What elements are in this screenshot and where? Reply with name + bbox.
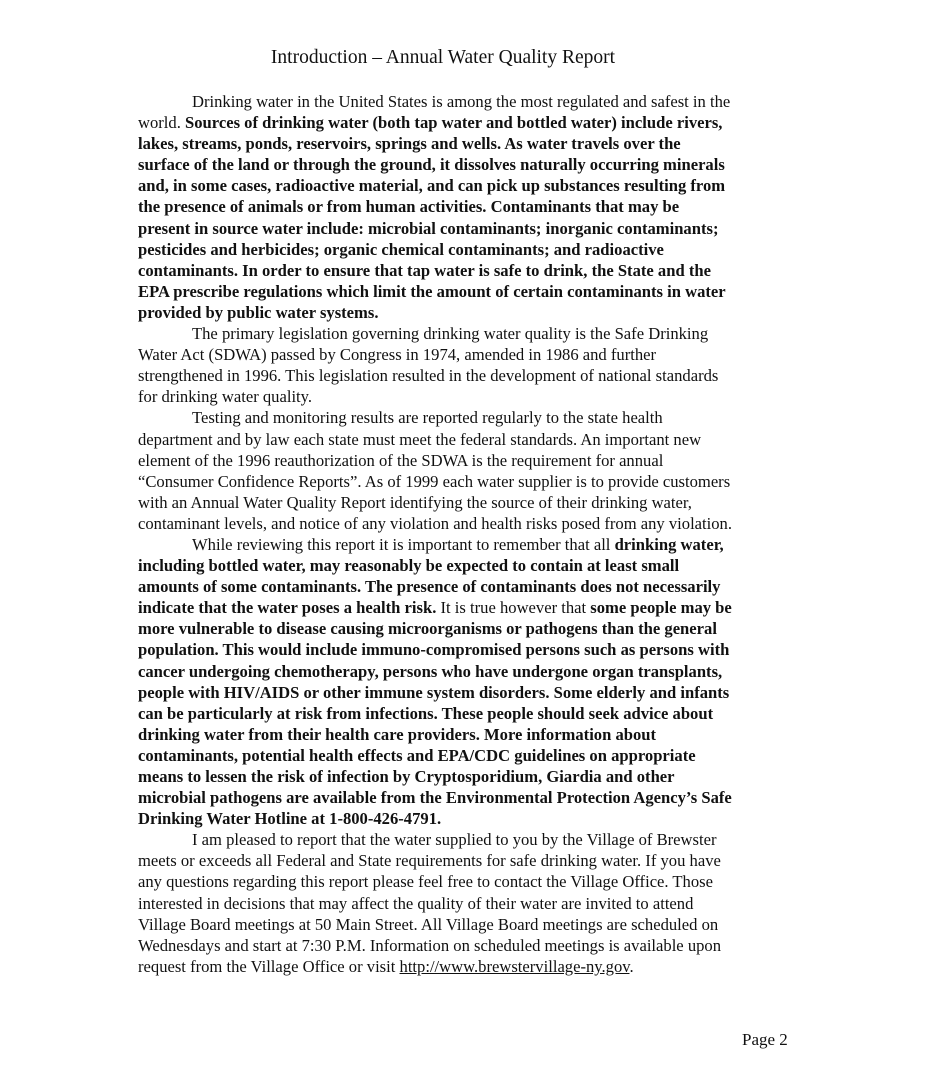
bold-text: EPA prescribe regulations which limit th… bbox=[138, 282, 726, 301]
text-run: strengthened in 1996. This legislation r… bbox=[138, 366, 718, 385]
bold-text: and, in some cases, radioactive material… bbox=[138, 176, 725, 195]
text-line: Wednesdays and start at 7:30 P.M. Inform… bbox=[138, 935, 808, 956]
text-run: While reviewing this report it is import… bbox=[192, 535, 615, 554]
bold-text: cancer undergoing chemotherapy, persons … bbox=[138, 662, 722, 681]
paragraph: While reviewing this report it is import… bbox=[138, 534, 808, 829]
bold-text: contaminants, potential health effects a… bbox=[138, 746, 696, 765]
bold-text: Sources of drinking water (both tap wate… bbox=[185, 113, 722, 132]
text-line: contaminants. In order to ensure that ta… bbox=[138, 260, 808, 281]
text-line: EPA prescribe regulations which limit th… bbox=[138, 281, 808, 302]
text-run: department and by law each state must me… bbox=[138, 430, 701, 449]
text-line: surface of the land or through the groun… bbox=[138, 154, 808, 175]
bold-text: Drinking Water Hotline at 1-800-426-4791… bbox=[138, 809, 441, 828]
text-line: contaminant levels, and notice of any vi… bbox=[138, 513, 808, 534]
bold-text: microbial pathogens are available from t… bbox=[138, 788, 732, 807]
bold-text: people with HIV/AIDS or other immune sys… bbox=[138, 683, 729, 702]
text-line: strengthened in 1996. This legislation r… bbox=[138, 365, 808, 386]
text-line: world. Sources of drinking water (both t… bbox=[138, 112, 808, 133]
bold-text: pesticides and herbicides; organic chemi… bbox=[138, 240, 664, 259]
text-line: Village Board meetings at 50 Main Street… bbox=[138, 914, 808, 935]
text-run: Water Act (SDWA) passed by Congress in 1… bbox=[138, 345, 656, 364]
paragraph: The primary legislation governing drinki… bbox=[138, 323, 808, 407]
paragraph: Drinking water in the United States is a… bbox=[138, 91, 808, 323]
bold-text: population. This would include immuno-co… bbox=[138, 640, 729, 659]
bold-text: can be particularly at risk from infecti… bbox=[138, 704, 713, 723]
bold-text: indicate that the water poses a health r… bbox=[138, 598, 436, 617]
bold-text: contaminants. In order to ensure that ta… bbox=[138, 261, 711, 280]
text-line: any questions regarding this report plea… bbox=[138, 871, 808, 892]
text-line: cancer undergoing chemotherapy, persons … bbox=[138, 661, 808, 682]
text-run: Drinking water in the United States is a… bbox=[192, 92, 730, 111]
text-line: drinking water from their health care pr… bbox=[138, 724, 808, 745]
text-line: and, in some cases, radioactive material… bbox=[138, 175, 808, 196]
text-line: can be particularly at risk from infecti… bbox=[138, 703, 808, 724]
text-run: request from the Village Office or visit bbox=[138, 957, 400, 976]
paragraph: I am pleased to report that the water su… bbox=[138, 829, 808, 977]
bold-text: means to lessen the risk of infection by… bbox=[138, 767, 675, 786]
bold-text: surface of the land or through the groun… bbox=[138, 155, 725, 174]
bold-text: drinking water from their health care pr… bbox=[138, 725, 656, 744]
text-run: world. bbox=[138, 113, 185, 132]
text-line: request from the Village Office or visit… bbox=[138, 956, 808, 977]
bold-text: some people may be bbox=[590, 598, 732, 617]
text-run: with an Annual Water Quality Report iden… bbox=[138, 493, 692, 512]
text-line: for drinking water quality. bbox=[138, 386, 808, 407]
document-body: Drinking water in the United States is a… bbox=[138, 91, 808, 977]
text-line: I am pleased to report that the water su… bbox=[138, 829, 808, 850]
text-run: . bbox=[629, 957, 633, 976]
text-run: I am pleased to report that the water su… bbox=[192, 830, 716, 849]
text-line: microbial pathogens are available from t… bbox=[138, 787, 808, 808]
text-line: population. This would include immuno-co… bbox=[138, 639, 808, 660]
text-run: interested in decisions that may affect … bbox=[138, 894, 693, 913]
bold-text: including bottled water, may reasonably … bbox=[138, 556, 679, 575]
text-line: the presence of animals or from human ac… bbox=[138, 196, 808, 217]
text-run: It is true however that bbox=[436, 598, 590, 617]
text-line: pesticides and herbicides; organic chemi… bbox=[138, 239, 808, 260]
text-run: for drinking water quality. bbox=[138, 387, 312, 406]
text-line: Drinking Water Hotline at 1-800-426-4791… bbox=[138, 808, 808, 829]
bold-text: present in source water include: microbi… bbox=[138, 219, 718, 238]
bold-text: amounts of some contaminants. The presen… bbox=[138, 577, 720, 596]
text-line: Testing and monitoring results are repor… bbox=[138, 407, 808, 428]
text-line: While reviewing this report it is import… bbox=[138, 534, 808, 555]
text-run: element of the 1996 reauthorization of t… bbox=[138, 451, 663, 470]
text-line: The primary legislation governing drinki… bbox=[138, 323, 808, 344]
text-run: any questions regarding this report plea… bbox=[138, 872, 713, 891]
text-line: people with HIV/AIDS or other immune sys… bbox=[138, 682, 808, 703]
text-line: including bottled water, may reasonably … bbox=[138, 555, 808, 576]
bold-text: lakes, streams, ponds, reservoirs, sprin… bbox=[138, 134, 681, 153]
text-line: with an Annual Water Quality Report iden… bbox=[138, 492, 808, 513]
text-line: “Consumer Confidence Reports”. As of 199… bbox=[138, 471, 808, 492]
page-title: Introduction – Annual Water Quality Repo… bbox=[0, 45, 886, 71]
text-line: means to lessen the risk of infection by… bbox=[138, 766, 808, 787]
text-line: department and by law each state must me… bbox=[138, 429, 808, 450]
text-line: element of the 1996 reauthorization of t… bbox=[138, 450, 808, 471]
text-line: indicate that the water poses a health r… bbox=[138, 597, 808, 618]
text-line: provided by public water systems. bbox=[138, 302, 808, 323]
text-run: Testing and monitoring results are repor… bbox=[192, 408, 663, 427]
bold-text: drinking water, bbox=[615, 535, 724, 554]
text-run: “Consumer Confidence Reports”. As of 199… bbox=[138, 472, 730, 491]
text-line: more vulnerable to disease causing micro… bbox=[138, 618, 808, 639]
bold-text: provided by public water systems. bbox=[138, 303, 378, 322]
text-line: Water Act (SDWA) passed by Congress in 1… bbox=[138, 344, 808, 365]
text-line: interested in decisions that may affect … bbox=[138, 893, 808, 914]
text-run: Wednesdays and start at 7:30 P.M. Inform… bbox=[138, 936, 721, 955]
text-line: Drinking water in the United States is a… bbox=[138, 91, 808, 112]
page-number: Page 2 bbox=[742, 1029, 788, 1051]
text-run: meets or exceeds all Federal and State r… bbox=[138, 851, 721, 870]
text-line: contaminants, potential health effects a… bbox=[138, 745, 808, 766]
text-line: lakes, streams, ponds, reservoirs, sprin… bbox=[138, 133, 808, 154]
text-run: Village Board meetings at 50 Main Street… bbox=[138, 915, 718, 934]
village-website-link[interactable]: http://www.brewstervillage-ny.gov bbox=[400, 957, 630, 976]
text-line: amounts of some contaminants. The presen… bbox=[138, 576, 808, 597]
text-line: present in source water include: microbi… bbox=[138, 218, 808, 239]
text-line: meets or exceeds all Federal and State r… bbox=[138, 850, 808, 871]
bold-text: more vulnerable to disease causing micro… bbox=[138, 619, 717, 638]
text-run: contaminant levels, and notice of any vi… bbox=[138, 514, 732, 533]
text-run: The primary legislation governing drinki… bbox=[192, 324, 708, 343]
paragraph: Testing and monitoring results are repor… bbox=[138, 407, 808, 534]
bold-text: the presence of animals or from human ac… bbox=[138, 197, 679, 216]
